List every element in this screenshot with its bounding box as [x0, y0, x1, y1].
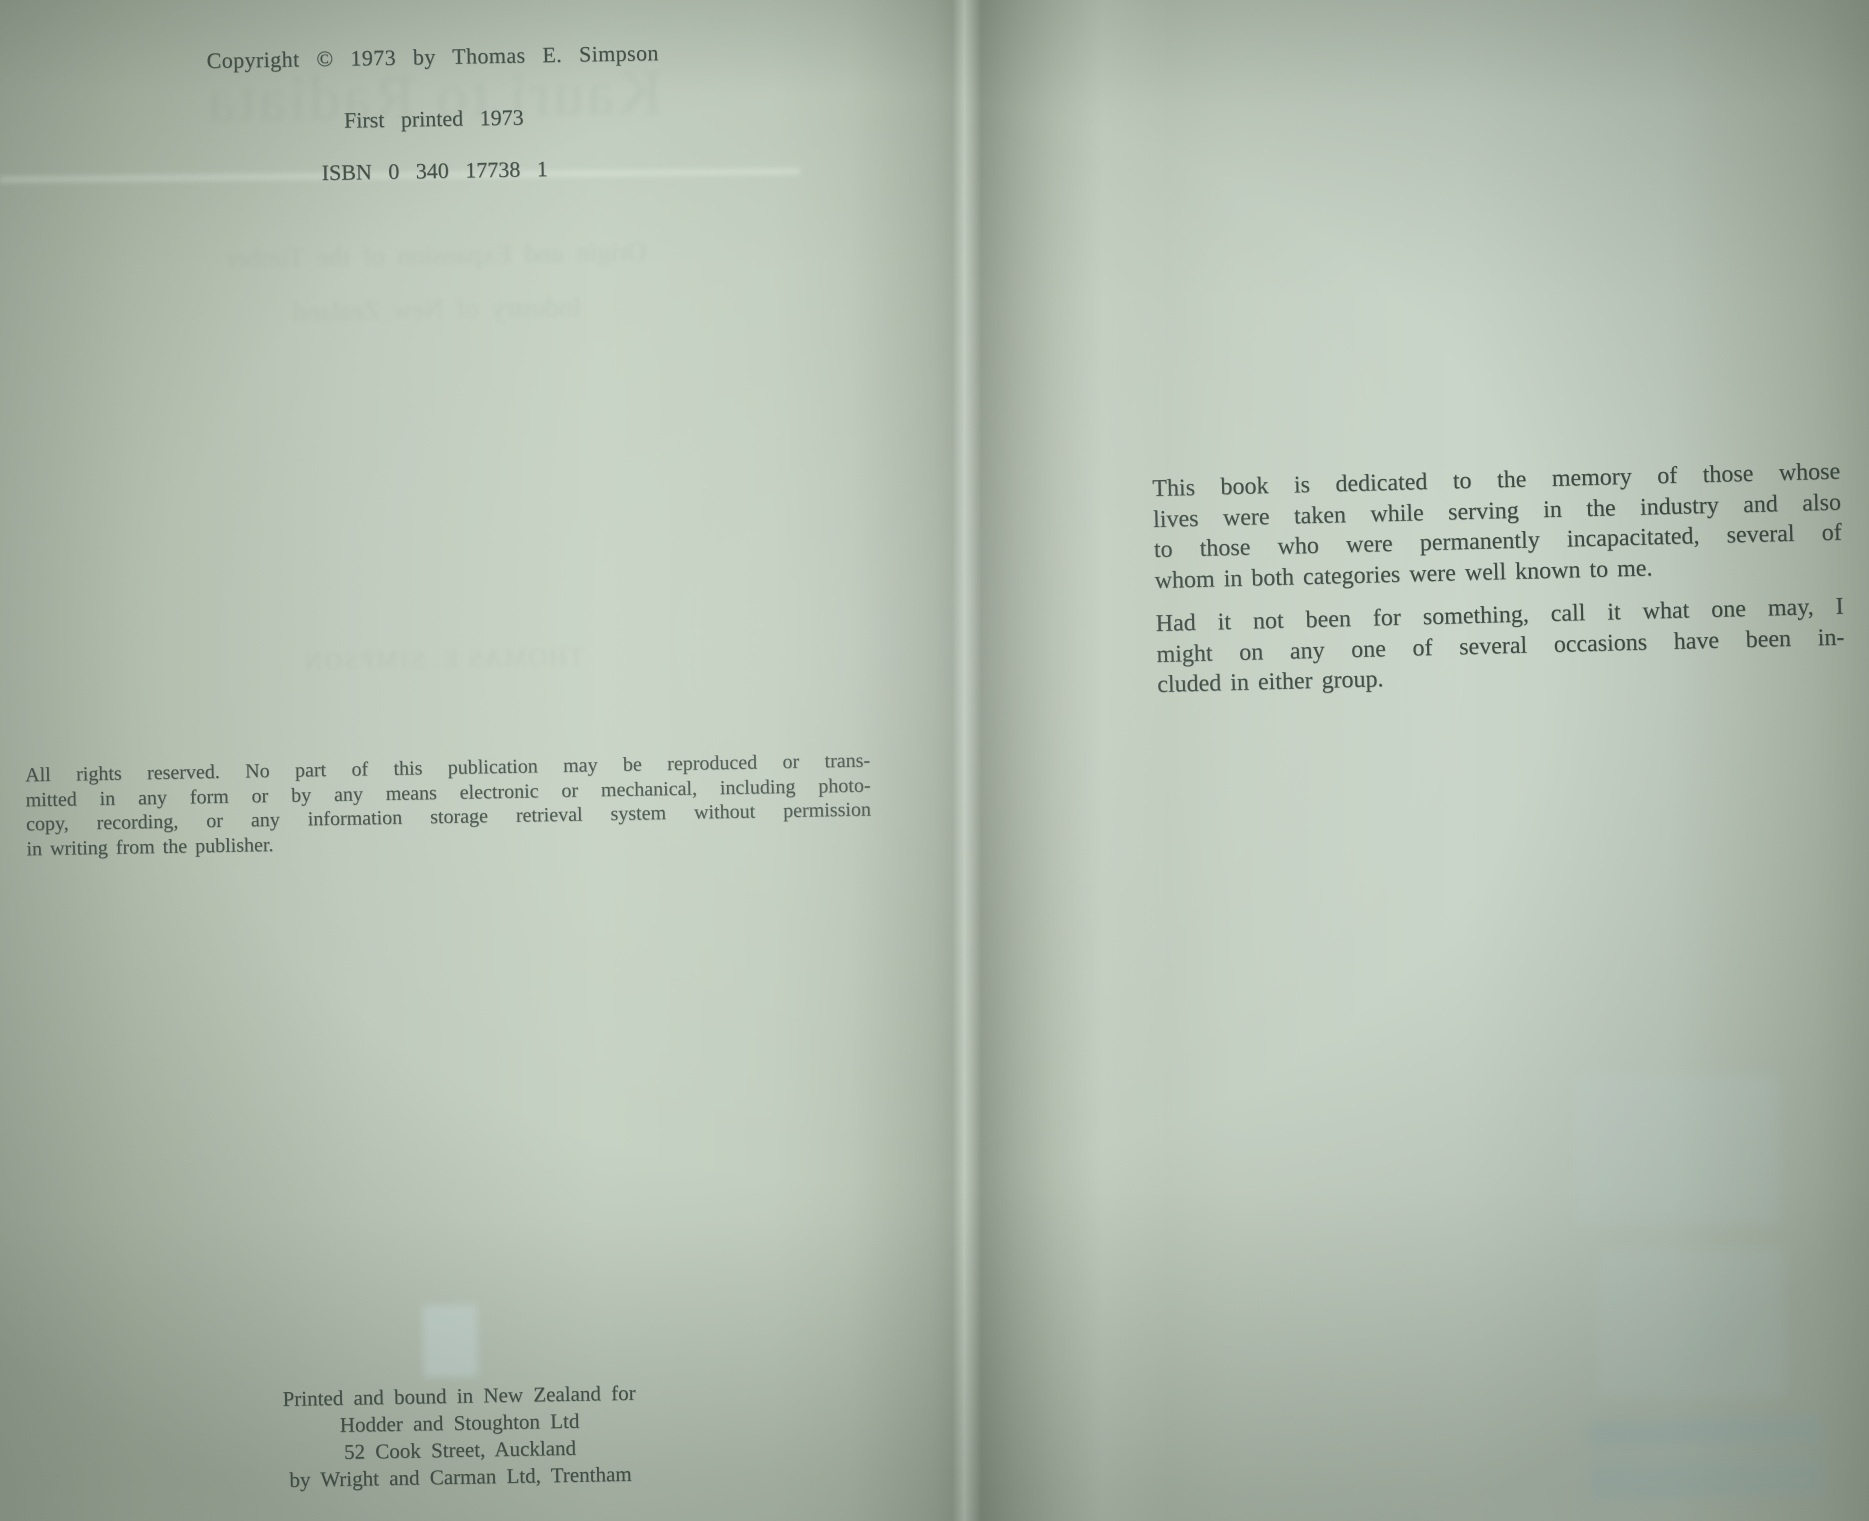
isbn-line: ISBN 0 340 17738 1: [0, 150, 880, 192]
copyright-page-content: Kauri to Radiata Origin and Expansion of…: [0, 0, 903, 1521]
first-printed-line: First printed 1973: [0, 98, 879, 140]
dedication-text-block: This book is dedicated to the memory of …: [1152, 457, 1846, 701]
rights-reserved-paragraph: All rights reserved. No part of this pub…: [25, 749, 872, 862]
bleedthrough-subtitle-line1: Origin and Expansion of the Timber: [0, 232, 881, 279]
bleedthrough-subtitle-line2: Industry of New Zealand: [0, 286, 882, 333]
book-photo: Kauri to Radiata Origin and Expansion of…: [0, 0, 1869, 1521]
dedication-paragraph: Had it not been for something, call it w…: [1155, 592, 1845, 701]
printer-imprint-block: Printed and bound in New Zealand for Hod…: [114, 1377, 806, 1497]
bleedthrough-publisher-logo: [423, 1305, 478, 1378]
dedication-paragraph: This book is dedicated to the memory of …: [1152, 457, 1843, 596]
dedication-page: [965, 0, 1869, 1521]
bleedthrough-author-text: THOMAS E. SIMPSON: [0, 638, 888, 682]
copyright-line: Copyright © 1973 by Thomas E. Simpson: [0, 36, 878, 78]
